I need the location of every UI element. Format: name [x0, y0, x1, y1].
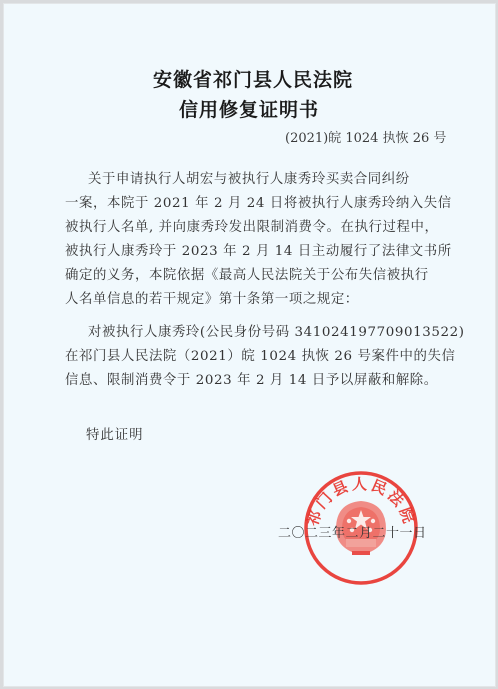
paragraph1-line: 被执行人名单, 并向康秀玲发出限制消费令。在执行过程中，: [65, 216, 438, 235]
case-number: (2021)皖 1024 执恢 26 号: [285, 127, 446, 146]
closing-statement: 特此证明: [86, 424, 144, 443]
paragraph1-line: 被执行人康秀玲于 2023 年 2 月 14 日主动履行了法律文书所: [65, 240, 452, 259]
paragraph2-line: 对被执行人康秀玲(公民身份号码 341024197709013522): [88, 321, 465, 340]
document-page: 安徽省祁门县人民法院 信用修复证明书 (2021)皖 1024 执恢 26 号 …: [3, 3, 496, 687]
paragraph2-line: 在祁门县人民法院（2021）皖 1024 执恢 26 号案件中的失信: [65, 345, 455, 364]
document-title: 信用修复证明书: [179, 95, 319, 122]
paragraph1-line: 人名单信息的若干规定》第十条第一项之规定：: [65, 288, 359, 307]
paragraph1-line: 一案，本院于 2021 年 2 月 24 日将被执行人康秀玲纳入失信: [65, 192, 452, 211]
paragraph2-line: 信息、限制消费令于 2023 年 2 月 14 日予以屏蔽和解除。: [65, 369, 438, 388]
paragraph1-line: 关于申请执行人胡宏与被执行人康秀玲买卖合同纠纷: [88, 168, 410, 187]
paragraph1-line: 确定的义务，本院依据《最高人民法院关于公布失信被执行: [65, 264, 429, 283]
court-name-title: 安徽省祁门县人民法院: [153, 65, 353, 92]
issue-date: 二〇二三年二月二十一日: [278, 522, 427, 541]
